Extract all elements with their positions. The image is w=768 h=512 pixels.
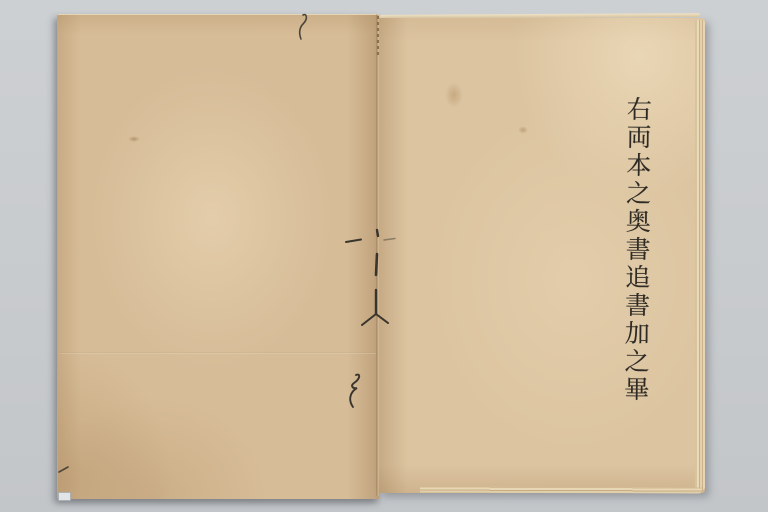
corner-paper-tab	[58, 492, 71, 501]
right-page	[378, 18, 705, 493]
page-edge-stack-right	[695, 20, 705, 490]
ink-speck-edge-icon	[57, 463, 71, 475]
fold-stitch-marks	[377, 16, 379, 58]
bleedthrough-marks-gutter-icon	[328, 224, 398, 334]
colophon-calligraphy: 右両本之奥書追書加之畢	[616, 96, 657, 418]
page-edge-stack-bottom	[420, 487, 702, 494]
manuscript-photo: 右両本之奥書追書加之畢	[0, 0, 768, 512]
horizontal-crease	[60, 352, 376, 354]
ink-squiggle-top-edge-icon	[293, 12, 311, 42]
ink-flourish-icon	[344, 372, 366, 412]
